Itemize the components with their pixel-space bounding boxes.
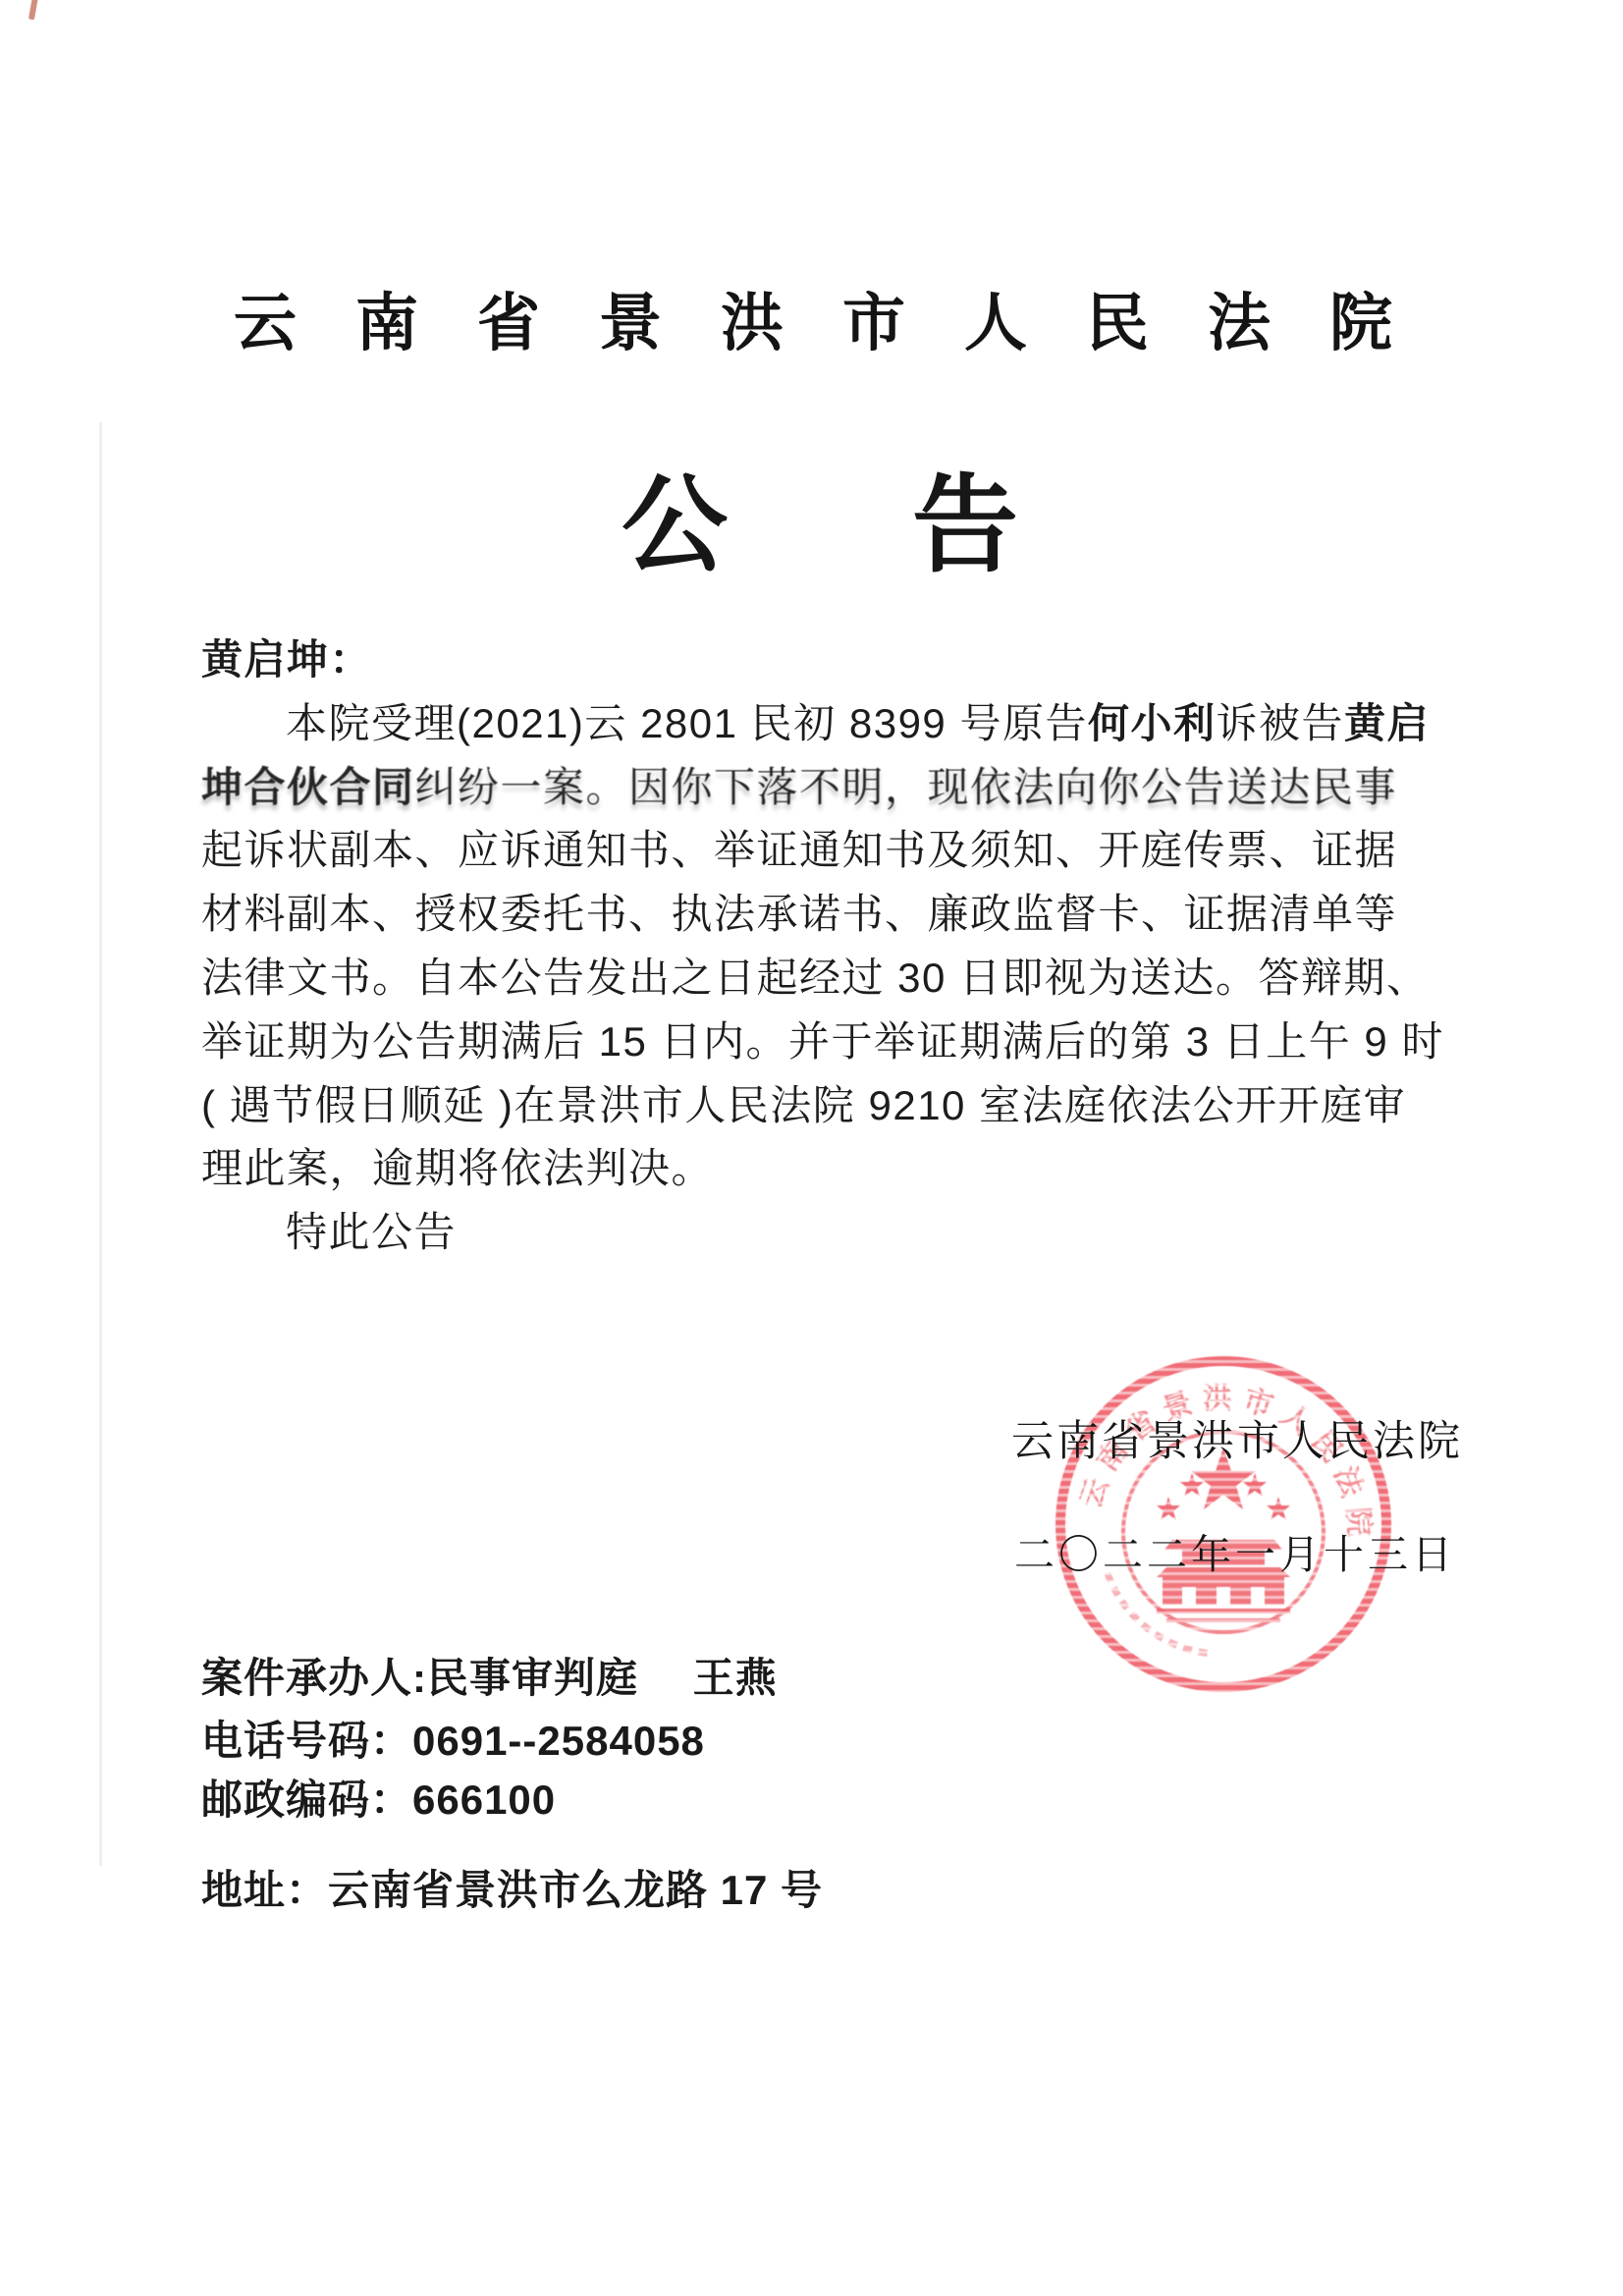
body-line: 法律文书。自本公告发出之日起经过 30 日即视为送达。答辩期、	[201, 947, 1507, 1011]
body-text: 纠纷一案。因你下落不明，现依法向你公告送达民事	[415, 764, 1398, 810]
postcode-line: 邮政编码：666100	[201, 1768, 556, 1827]
body-text: 诉被告	[1216, 700, 1344, 746]
body-line: 坤合伙合同纠纷一案。因你下落不明，现依法向你公告送达民事	[201, 756, 1507, 820]
court-title: 云南省景洪市人民法院	[234, 273, 1451, 363]
notice-title: 公告	[622, 440, 1203, 592]
case-handler-line: 案件承办人:民事审判庭 王燕	[201, 1646, 778, 1705]
body-line: 材料副本、授权委托书、执法承诺书、廉政监督卡、证据清单等	[201, 883, 1507, 947]
defendant-name-cont: 坤合伙合同	[201, 764, 415, 810]
address-line: 地址：云南省景洪市么龙路 17 号	[201, 1858, 823, 1917]
phone-line: 电话号码：0691--2584058	[201, 1709, 705, 1768]
body-line: 起诉状副本、应诉通知书、举证通知书及须知、开庭传票、证据	[201, 819, 1507, 883]
court-notice-document: 云南省景洪市人民法院 公告 黄启坤： 本院受理(2021)云 2801 民初 8…	[0, 0, 1623, 2296]
body-line: 举证期为公告期满后 15 日内。并于举证期满后的第 3 日上午 9 时	[201, 1011, 1507, 1074]
body-line: ( 遇节假日顺延 )在景洪市人民法院 9210 室法庭依法公开开庭审	[201, 1074, 1507, 1138]
plaintiff-name: 何小利	[1088, 700, 1217, 746]
defendant-name: 黄启	[1344, 700, 1430, 746]
scan-edge-artifact	[99, 422, 102, 1866]
notice-body: 黄启坤： 本院受理(2021)云 2801 民初 8399 号原告何小利诉被告黄…	[201, 629, 1507, 1265]
closing-phrase: 特此公告	[201, 1201, 1507, 1265]
signature-court-name: 云南省景洪市人民法院	[1011, 1408, 1463, 1468]
body-line: 本院受理(2021)云 2801 民初 8399 号原告何小利诉被告黄启	[201, 692, 1507, 756]
body-text: 本院受理(2021)云 2801 民初 8399 号原告	[286, 700, 1088, 746]
scan-corner-artifact	[28, 0, 38, 20]
signature-date: 二〇二二年一月十三日	[1014, 1522, 1456, 1580]
body-line: 理此案，逾期将依法判决。	[201, 1137, 1507, 1201]
addressee-name: 黄启坤：	[201, 629, 1507, 692]
